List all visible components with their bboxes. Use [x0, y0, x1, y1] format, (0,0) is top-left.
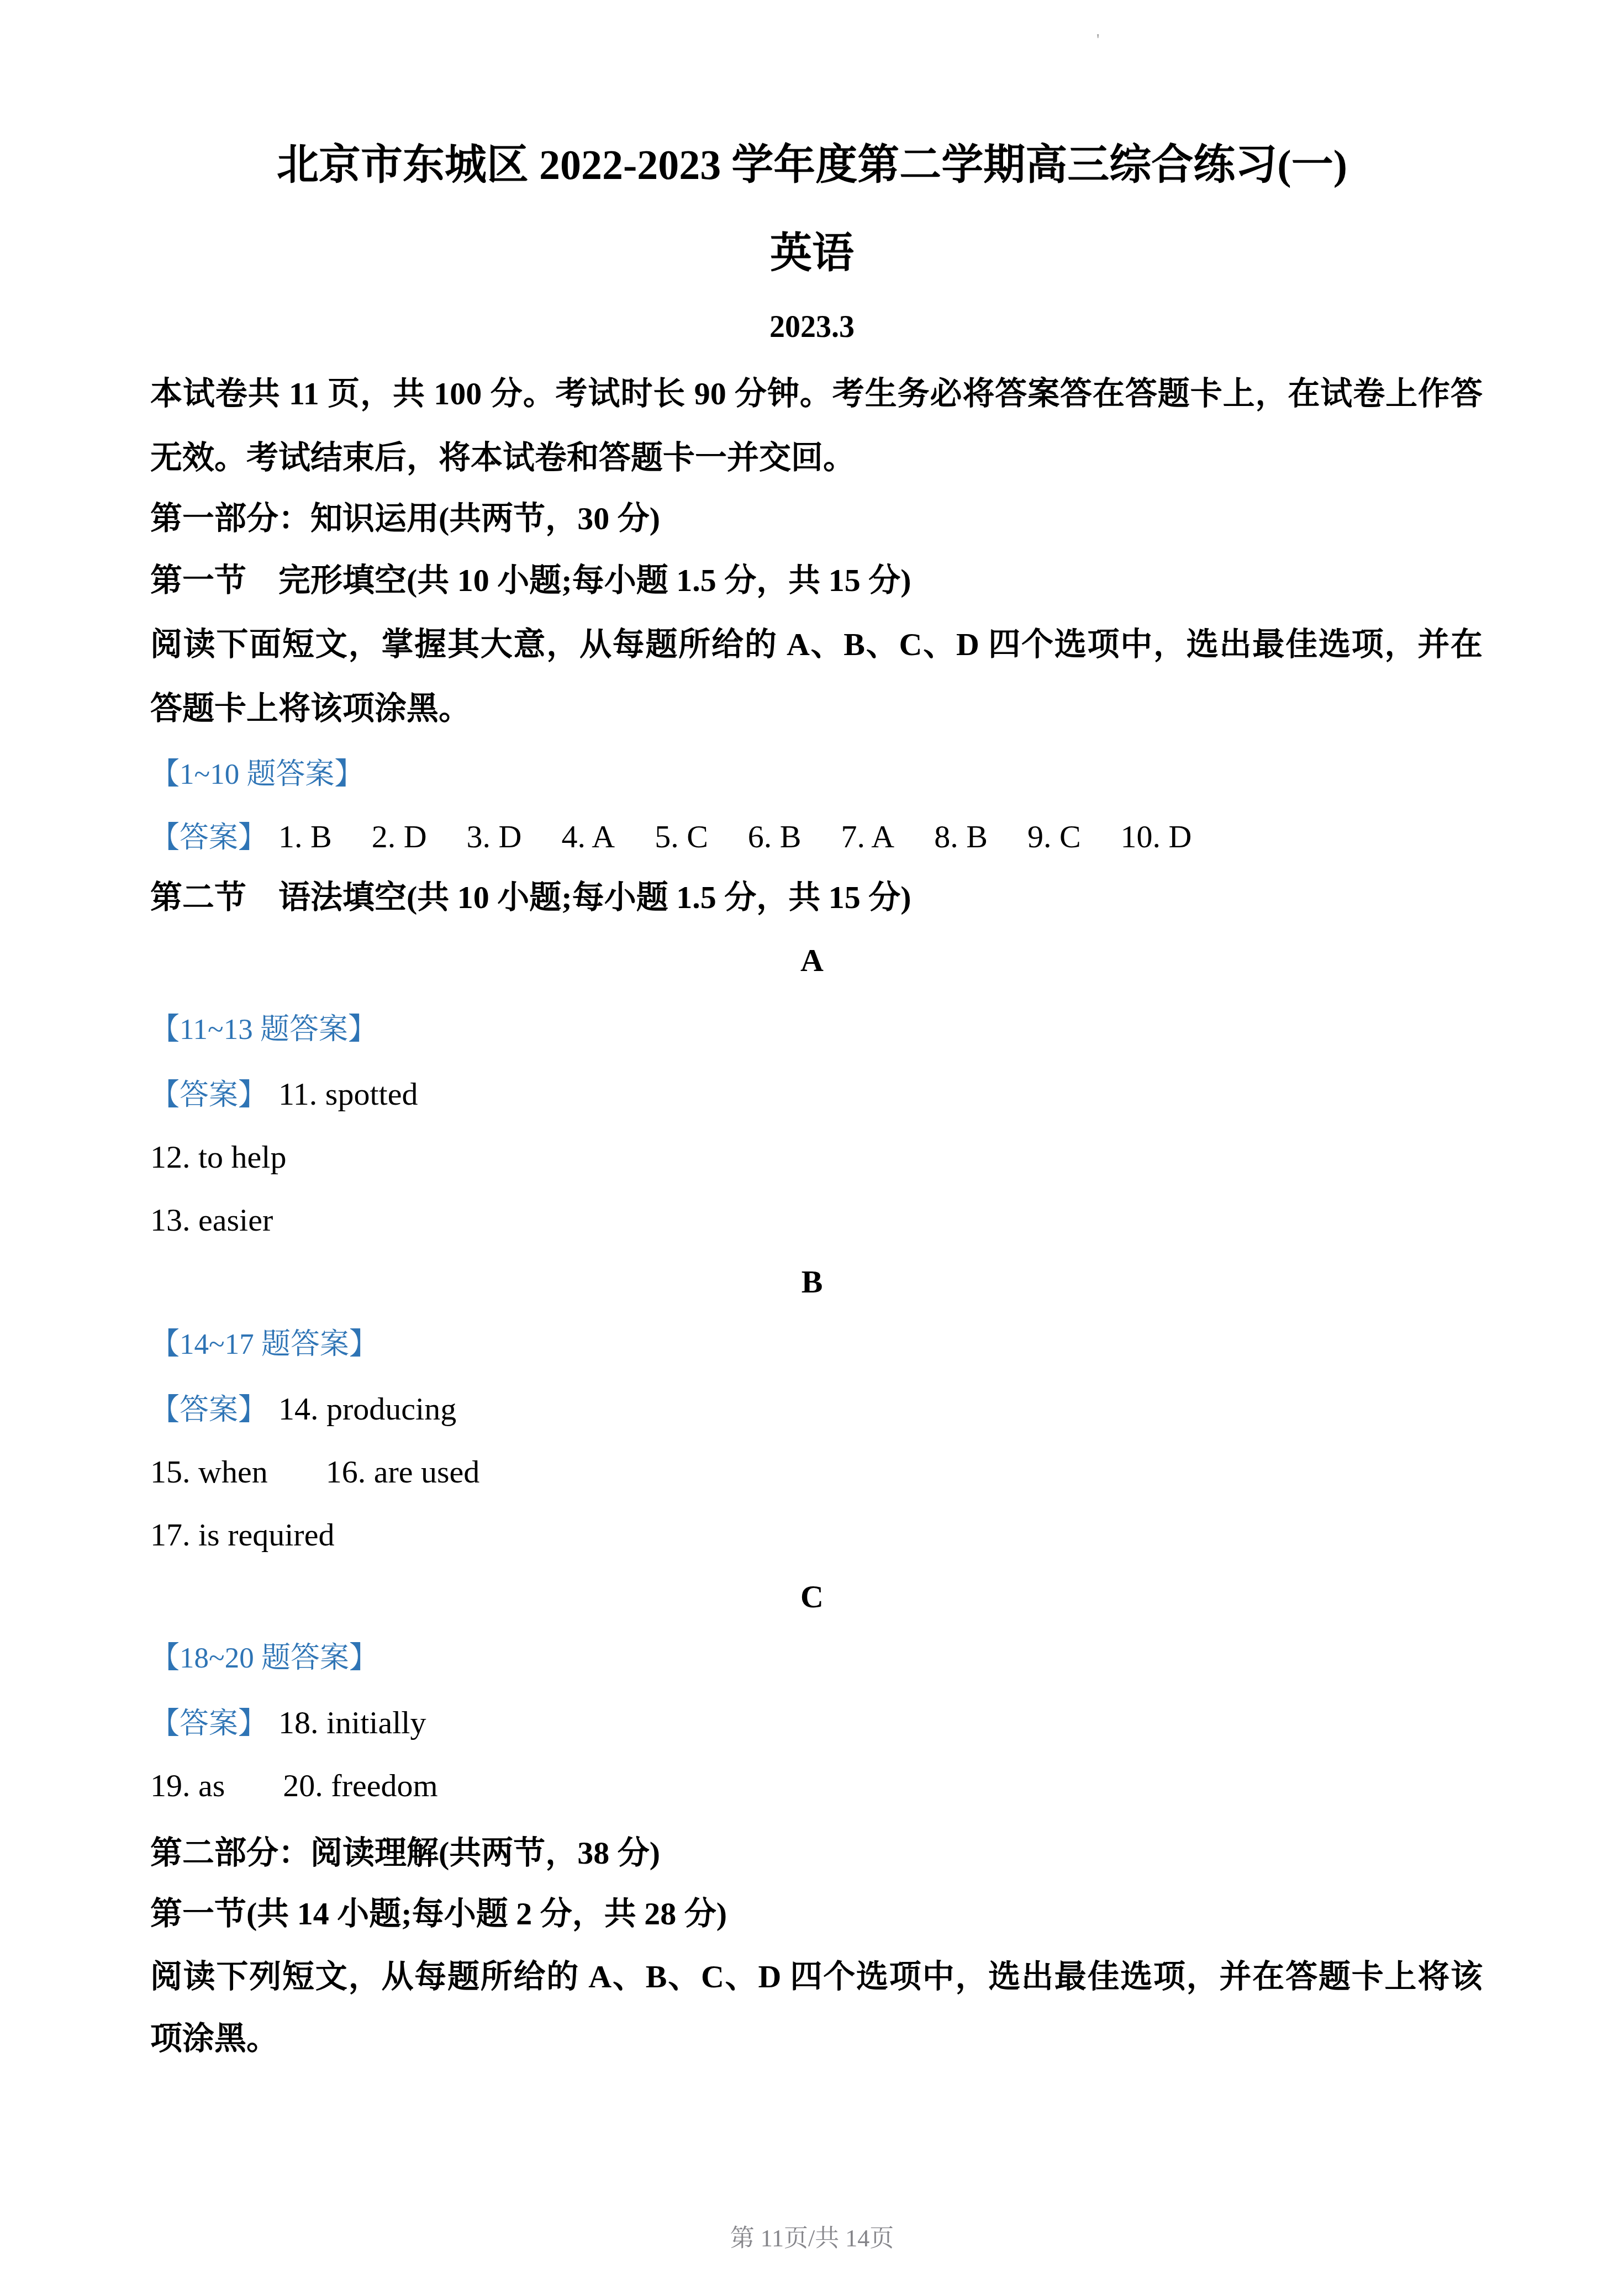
answer-item: 5. C [655, 819, 708, 854]
answer-item: 16. are used [326, 1454, 480, 1490]
part1-cloze-heading: 第一节 完形填空(共 10 小题;每小题 1.5 分，共 15 分) [150, 562, 911, 599]
subject-heading: 英语 [0, 230, 1624, 278]
passage-label-b: B [0, 1264, 1624, 1301]
part2-heading: 第二部分：阅读理解(共两节，38 分) [150, 1835, 660, 1872]
answer-row-1-10: 【答案】1. B2. D3. D4. A5. C6. B7. A8. B9. C… [150, 819, 1191, 856]
answer-range-label-14-17: 【14~17 题答案】 [150, 1328, 378, 1362]
stray-mark: ' [1096, 30, 1099, 49]
cloze-instruction-line-1: 阅读下面短文，掌握其大意，从每题所给的 A、B、C、D 四个选项中，选出最佳选项… [150, 626, 1483, 663]
answer-row-18: 【答案】18. initially [150, 1705, 426, 1742]
answer-item: 15. when [150, 1454, 268, 1490]
answer-item: 20. freedom [283, 1767, 437, 1803]
answer-row-11: 【答案】11. spotted [150, 1076, 418, 1113]
answer-row-15-16: 15. when16. are used [150, 1454, 479, 1491]
answer-item: 9. C [1027, 819, 1081, 854]
answer-item: 11. spotted [278, 1076, 418, 1112]
answer-item: 7. A [841, 819, 895, 854]
part1-heading: 第一部分：知识运用(共两节，30 分) [150, 500, 660, 537]
cloze-instruction-line-2: 答题卡上将该项涂黑。 [150, 690, 471, 727]
notice-line-1: 本试卷共 11 页，共 100 分。考试时长 90 分钟。考生务必将答案答在答题… [150, 376, 1483, 413]
answer-item: 19. as [150, 1767, 225, 1803]
part2-instruction-line-1: 阅读下列短文，从每题所给的 A、B、C、D 四个选项中，选出最佳选项，并在答题卡… [150, 1959, 1483, 1996]
answer-item: 14. producing [278, 1391, 456, 1427]
answer-item: 3. D [467, 819, 522, 854]
answer-label: 【答案】 [150, 1394, 267, 1426]
answer-row-19-20: 19. as20. freedom [150, 1767, 438, 1804]
passage-label-a: A [0, 942, 1624, 979]
answer-item: 2. D [372, 819, 427, 854]
answer-item: 4. A [561, 819, 615, 854]
exam-answer-page: ' 北京市东城区 2022-2023 学年度第二学期高三综合练习(一) 英语 2… [0, 0, 1624, 2290]
answer-item: 8. B [934, 819, 988, 854]
answer-label: 【答案】 [150, 822, 267, 854]
answer-item: 18. initially [278, 1705, 426, 1740]
answer-row-12: 12. to help [150, 1139, 286, 1176]
answer-row-14: 【答案】14. producing [150, 1391, 456, 1428]
answer-label: 【答案】 [150, 1708, 267, 1740]
part2-instruction-line-2: 项涂黑。 [150, 2020, 278, 2057]
page-title: 北京市东城区 2022-2023 学年度第二学期高三综合练习(一) [0, 141, 1624, 189]
answer-label: 【答案】 [150, 1079, 267, 1111]
page-number-footer: 第 11页/共 14页 [0, 2225, 1624, 2253]
answer-row-13: 13. easier [150, 1202, 273, 1239]
answer-range-label-1-10: 【1~10 题答案】 [150, 758, 363, 792]
answer-item: 10. D [1121, 819, 1192, 854]
answer-range-label-18-20: 【18~20 题答案】 [150, 1642, 378, 1675]
passage-label-c: C [0, 1579, 1624, 1616]
exam-date: 2023.3 [0, 309, 1624, 345]
answer-item: 1. B [278, 819, 332, 854]
answer-item: 6. B [748, 819, 802, 854]
notice-line-2: 无效。考试结束后，将本试卷和答题卡一并交回。 [150, 440, 855, 477]
part2-section1-heading: 第一节(共 14 小题;每小题 2 分，共 28 分) [150, 1896, 727, 1933]
answer-range-label-11-13: 【11~13 题答案】 [150, 1013, 377, 1047]
part1-grammar-heading: 第二节 语法填空(共 10 小题;每小题 1.5 分，共 15 分) [150, 879, 911, 916]
answer-row-17: 17. is required [150, 1517, 334, 1554]
